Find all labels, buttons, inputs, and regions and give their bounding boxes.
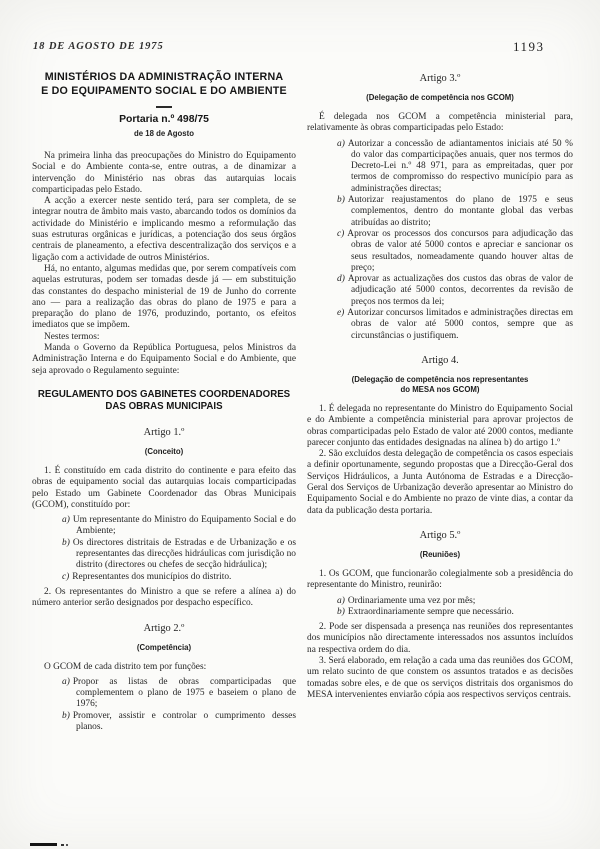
item-label: c) <box>337 229 344 239</box>
article-3-caption: (Delegação de competência nos GCOM) <box>307 93 573 103</box>
item-text: Aprovar as actualizações dos custos das … <box>348 274 573 307</box>
list-item: a)Propor as listas de obras comparticipa… <box>32 677 296 711</box>
article-5-item-list: a)Ordinariamente uma vez por mês; b)Extr… <box>307 596 573 619</box>
item-text: Ordinariamente uma vez por mês; <box>348 596 476 606</box>
item-label: a) <box>337 139 345 149</box>
scan-speck <box>61 844 64 846</box>
list-item: b)Promover, assistir e controlar o cumpr… <box>32 711 296 734</box>
item-text: Autorizar reajustamentos do plano de 197… <box>348 195 573 228</box>
item-label: c) <box>62 572 69 582</box>
item-label: b) <box>337 607 345 617</box>
article-1-paragraph-2: 2. Os representantes do Ministro a que s… <box>32 587 296 610</box>
article-4-caption: (Delegação de competência nos representa… <box>307 375 573 395</box>
article-5-paragraph-2: 2. Pode ser dispensada a presença nas re… <box>307 622 573 656</box>
article-3-title: Artigo 3.º <box>307 73 573 84</box>
regulation-heading-line1: REGULAMENTO DOS GABINETES COORDENADORES <box>32 389 296 402</box>
item-text: Representantes dos municípios do distrit… <box>72 572 231 582</box>
article-4-caption-line1: (Delegação de competência nos representa… <box>307 375 573 385</box>
item-label: a) <box>62 677 70 687</box>
ministry-heading-line2: E DO EQUIPAMENTO SOCIAL E DO AMBIENTE <box>32 85 296 99</box>
right-column: Artigo 3.º (Delegação de competência nos… <box>307 66 573 701</box>
article-3-item-list: a)Autorizar a concessão de adiantamentos… <box>307 139 573 342</box>
item-label: b) <box>337 195 345 205</box>
article-1-caption: (Conceito) <box>32 447 296 457</box>
portaria-date: de 18 de Agosto <box>32 129 296 138</box>
article-4-title: Artigo 4. <box>307 355 573 366</box>
item-text: Aprovar os processos dos concursos para … <box>347 229 573 273</box>
item-text: Promover, assistir e controlar o cumprim… <box>73 711 296 732</box>
item-text: Extraordinariamente sempre que necessári… <box>348 607 514 617</box>
portaria-title: Portaria n.º 498/75 <box>32 114 296 125</box>
scan-speck <box>66 844 68 846</box>
ministry-heading: MINISTÉRIOS DA ADMINISTRAÇÃO INTERNA E D… <box>32 71 296 98</box>
item-text: Um representante do Ministro do Equipame… <box>73 515 296 536</box>
article-4-paragraph-2: 2. São excluídos desta delegação de comp… <box>307 449 573 517</box>
list-item: e)Autorizar concursos limitados e admini… <box>307 308 573 342</box>
article-2-title: Artigo 2.º <box>32 623 296 634</box>
article-4-paragraph-1: 1. É delegada no representante do Minist… <box>307 404 573 449</box>
article-1-item-list: a)Um representante do Ministro do Equipa… <box>32 515 296 583</box>
list-item: d)Aprovar as actualizações dos custos da… <box>307 274 573 308</box>
section-divider <box>156 106 172 108</box>
list-item: b)Extraordinariamente sempre que necessá… <box>307 607 573 618</box>
article-5-paragraph-1: 1. Os GCOM, que funcionarão colegialment… <box>307 569 573 592</box>
list-item: c)Representantes dos municípios do distr… <box>32 572 296 583</box>
item-text: Os directores distritais de Estradas e d… <box>73 538 296 571</box>
item-label: b) <box>62 711 70 721</box>
item-text: Propor as listas de obras comparticipada… <box>73 677 296 710</box>
article-5-caption: (Reuniões) <box>307 550 573 560</box>
article-2-item-list: a)Propor as listas de obras comparticipa… <box>32 677 296 733</box>
article-5-title: Artigo 5.º <box>307 530 573 541</box>
date-header: 18 DE AGOSTO DE 1975 <box>33 41 164 52</box>
page-number: 1193 <box>513 39 545 55</box>
item-label: e) <box>337 308 344 318</box>
article-1-title: Artigo 1.º <box>32 427 296 438</box>
item-label: d) <box>337 274 345 284</box>
article-2-paragraph-1: O GCOM de cada distrito tem por funções: <box>32 662 296 673</box>
intro-paragraph-1: Na primeira linha das preocupações do Mi… <box>32 151 296 196</box>
list-item: c)Aprovar os processos dos concursos par… <box>307 229 573 274</box>
list-item: a)Autorizar a concessão de adiantamentos… <box>307 139 573 195</box>
item-text: Autorizar concursos limitados e administ… <box>347 308 573 341</box>
article-3-paragraph-1: É delegada nos GCOM a competência minist… <box>307 112 573 135</box>
regulation-heading: REGULAMENTO DOS GABINETES COORDENADORES … <box>32 389 296 414</box>
item-label: a) <box>62 515 70 525</box>
list-item: b)Autorizar reajustamentos do plano de 1… <box>307 195 573 229</box>
left-column: MINISTÉRIOS DA ADMINISTRAÇÃO INTERNA E D… <box>32 66 296 737</box>
item-text: Autorizar a concessão de adiantamentos i… <box>348 139 573 194</box>
intro-paragraph-2: A acção a exercer neste sentido terá, pa… <box>32 196 296 264</box>
list-item: b)Os directores distritais de Estradas e… <box>32 538 296 572</box>
list-item: a)Um representante do Ministro do Equipa… <box>32 515 296 538</box>
regulation-heading-line2: DAS OBRAS MUNICIPAIS <box>32 401 296 414</box>
article-1-paragraph-1: 1. É constituído em cada distrito do con… <box>32 466 296 511</box>
scan-registration-mark <box>30 843 57 846</box>
article-2-caption: (Competência) <box>32 643 296 653</box>
ministry-heading-line1: MINISTÉRIOS DA ADMINISTRAÇÃO INTERNA <box>32 71 296 85</box>
intro-paragraph-5: Manda o Governo da República Portuguesa,… <box>32 343 296 377</box>
document-page: 18 DE AGOSTO DE 1975 1193 MINISTÉRIOS DA… <box>0 0 600 849</box>
item-label: a) <box>337 596 345 606</box>
intro-paragraph-4: Nestes termos: <box>32 332 296 343</box>
article-5-paragraph-3: 3. Será elaborado, em relação a cada uma… <box>307 656 573 701</box>
article-4-caption-line2: do MESA nos GCOM) <box>307 385 573 395</box>
item-label: b) <box>62 538 70 548</box>
list-item: a)Ordinariamente uma vez por mês; <box>307 596 573 607</box>
intro-paragraph-3: Há, no entanto, algumas medidas que, por… <box>32 264 296 332</box>
